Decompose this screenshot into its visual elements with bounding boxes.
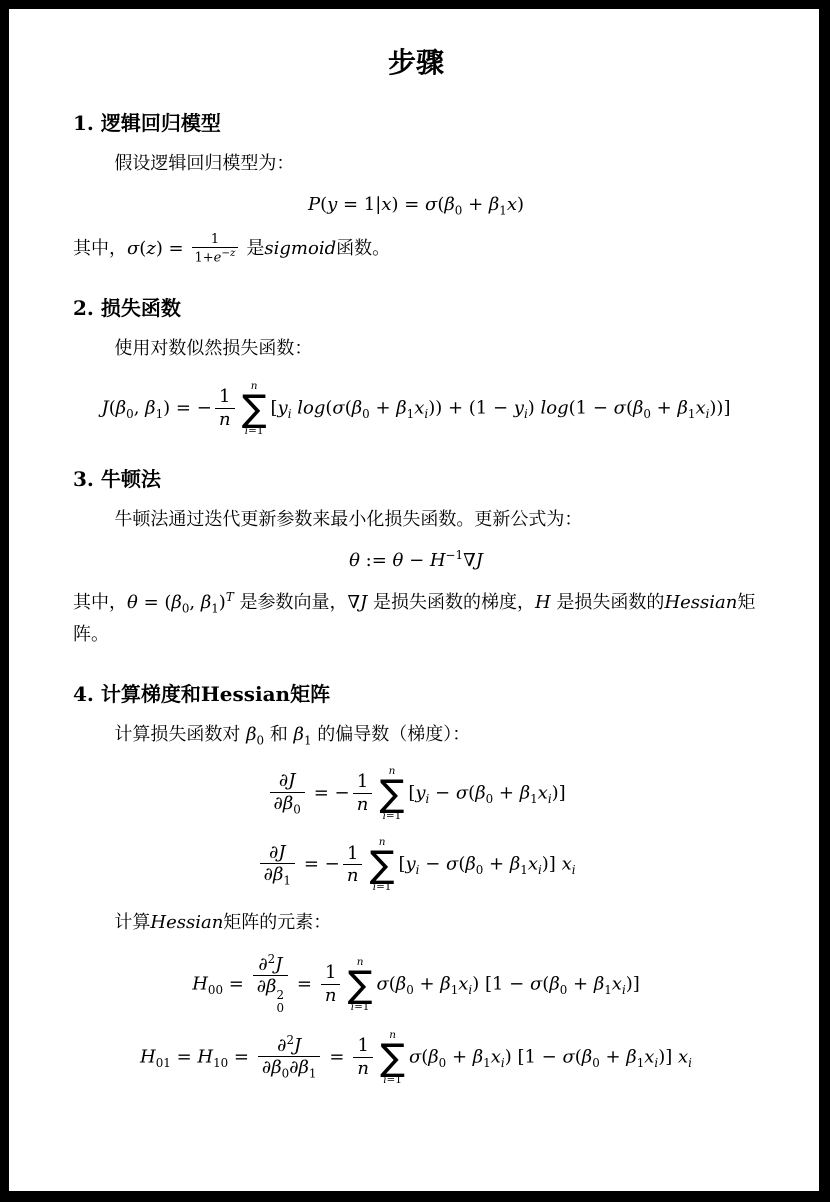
section-logistic-model: 1. 逻辑回归模型 假设逻辑回归模型为： P(y = 1|x) = σ(β0 +… <box>73 107 759 266</box>
formula-model: P(y = 1|x) = σ(β0 + β1x) <box>73 194 759 217</box>
sum-operator: n∑i=1 <box>370 836 395 893</box>
gradient-intro-paragraph: 计算损失函数对 β0 和 β1 的偏导数（梯度）： <box>73 719 759 751</box>
newton-intro-paragraph: 牛顿法通过迭代更新参数来最小化损失函数。更新公式为： <box>73 504 759 536</box>
fraction: ∂2J∂β0∂β1 <box>258 1035 320 1081</box>
document-frame: 步骤 1. 逻辑回归模型 假设逻辑回归模型为： P(y = 1|x) = σ(β… <box>0 0 830 1202</box>
section-gradient-hessian: 4. 计算梯度和Hessian矩阵 计算损失函数对 β0 和 β1 的偏导数（梯… <box>73 678 759 1087</box>
sigmoid-note-paragraph: 其中，σ(z) = 11+e−z 是sigmoid函数。 <box>73 232 759 266</box>
formula-update-rule: θ := θ − H−1∇J <box>73 550 759 573</box>
sigma-symbol: ∑ <box>348 968 373 1001</box>
sigma-symbol: ∑ <box>370 848 395 881</box>
fraction: 1n <box>215 386 235 430</box>
formula-loss: J(β0, β1) = −1nn∑i=1[yi log(σ(β0 + β1xi)… <box>73 380 759 437</box>
formula-gradient-beta1: ∂J∂β1 = −1nn∑i=1[yi − σ(β0 + β1xi)] xi <box>73 836 759 893</box>
section-3-heading: 3. 牛顿法 <box>73 463 759 492</box>
sum-operator: n∑i=1 <box>242 380 267 437</box>
sigma-symbol: ∑ <box>380 777 405 810</box>
fraction: ∂2J∂β20 <box>253 954 288 1015</box>
fraction: 1n <box>343 843 363 887</box>
section-2-heading: 2. 损失函数 <box>73 292 759 321</box>
formula-hessian-h01: H01 = H10 = ∂2J∂β0∂β1 = 1nn∑i=1σ(β0 + β1… <box>73 1029 759 1086</box>
sum-operator: n∑i=1 <box>380 765 405 822</box>
sum-operator: n∑i=1 <box>380 1029 405 1086</box>
model-intro-paragraph: 假设逻辑回归模型为： <box>73 148 759 180</box>
formula-gradient-beta0: ∂J∂β0 = −1nn∑i=1[yi − σ(β0 + β1xi)] <box>73 765 759 822</box>
theta-note-paragraph: 其中，θ = (β0, β1)T 是参数向量，∇J 是损失函数的梯度，H 是损失… <box>73 587 759 652</box>
section-newton-method: 3. 牛顿法 牛顿法通过迭代更新参数来最小化损失函数。更新公式为： θ := θ… <box>73 463 759 652</box>
fraction: 1n <box>353 771 373 815</box>
section-1-heading: 1. 逻辑回归模型 <box>73 107 759 136</box>
fraction: 11+e−z <box>192 232 239 266</box>
formula-hessian-h00: H00 = ∂2J∂β20 = 1nn∑i=1σ(β0 + β1xi) [1 −… <box>73 954 759 1015</box>
fraction: ∂J∂β0 <box>270 770 305 816</box>
sigma-symbol: ∑ <box>380 1041 405 1074</box>
fraction: ∂J∂β1 <box>260 842 295 888</box>
sigma-symbol: ∑ <box>242 392 267 425</box>
section-loss-function: 2. 损失函数 使用对数似然损失函数： J(β0, β1) = −1nn∑i=1… <box>73 292 759 437</box>
hessian-intro-paragraph: 计算Hessian矩阵的元素： <box>73 907 759 939</box>
loss-intro-paragraph: 使用对数似然损失函数： <box>73 333 759 365</box>
fraction: 1n <box>321 962 341 1006</box>
sum-operator: n∑i=1 <box>348 956 373 1013</box>
fraction: 1n <box>353 1035 373 1079</box>
section-4-heading: 4. 计算梯度和Hessian矩阵 <box>73 678 759 707</box>
page-title: 步骤 <box>73 41 759 81</box>
document-page: 步骤 1. 逻辑回归模型 假设逻辑回归模型为： P(y = 1|x) = σ(β… <box>9 9 819 1191</box>
